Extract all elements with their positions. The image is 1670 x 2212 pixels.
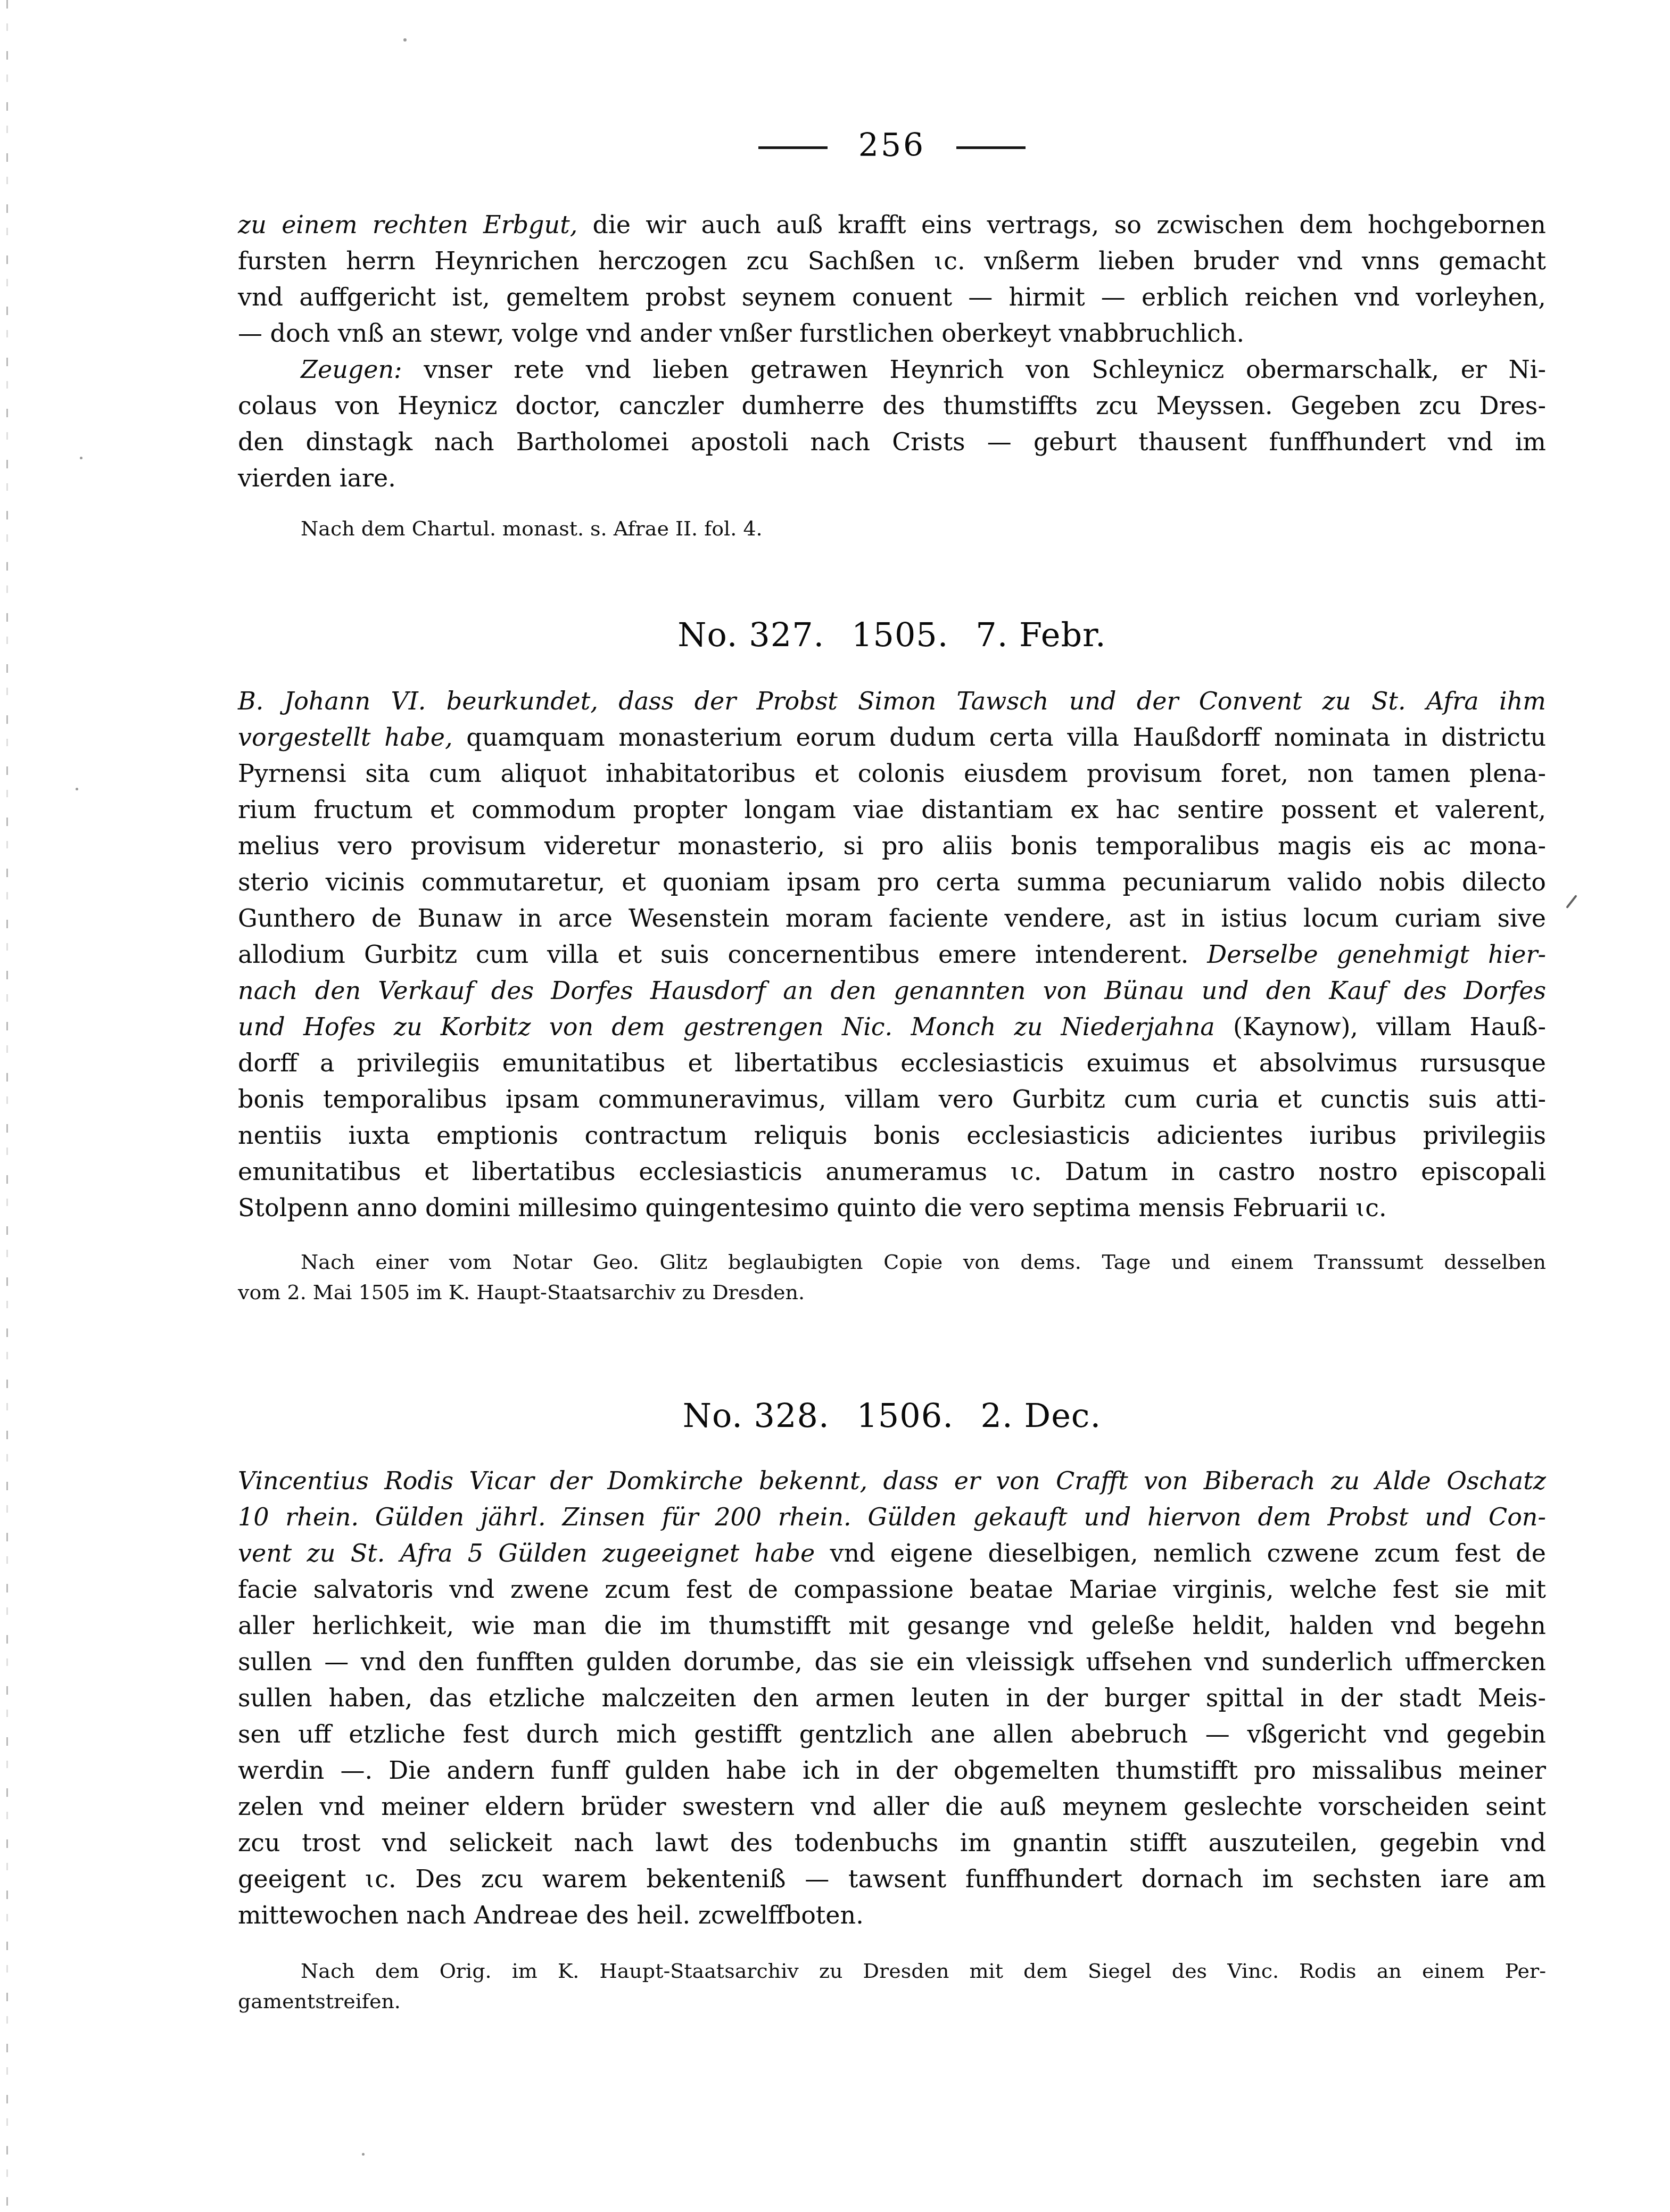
text-line: Nach dem Chartul. monast. s. Afrae II. f… <box>238 514 1546 544</box>
text-segment: (Kaynow), villam Hauß- <box>1233 1012 1546 1041</box>
charter-327-number: No. 327. <box>677 615 824 654</box>
page-number: 256 <box>858 127 926 164</box>
italic-text-segment: Zeugen: <box>301 355 402 384</box>
text-line: bonis temporalibus ipsam communeravimus,… <box>238 1081 1546 1117</box>
text-line: Nach einer vom Notar Geo. Glitz beglaubi… <box>238 1247 1546 1277</box>
text-segment: vnser rete vnd lieben getrawen Heynrich … <box>402 355 1546 384</box>
text-segment: facie salvatoris vnd zwene zcum fest de … <box>238 1575 1546 1604</box>
text-line: 10 rhein. Gülden jährl. Zinsen für 200 r… <box>238 1499 1546 1535</box>
text-line: Pyrnensi sita cum aliquot inhabitatoribu… <box>238 755 1546 791</box>
charter-326-continuation-paragraph: zu einem rechten Erbgut, die wir auch au… <box>238 207 1546 351</box>
ink-speck <box>80 457 82 459</box>
text-segment: vnd eigene dieselbigen, nemlich czwene z… <box>815 1539 1546 1567</box>
text-segment: bonis temporalibus ipsam communeravimus,… <box>238 1085 1546 1113</box>
text-line: colaus von Heynicz doctor, canczler dumh… <box>238 387 1546 424</box>
text-line: mittewochen nach Andreae des heil. zcwel… <box>238 1897 1546 1933</box>
text-segment: Nach einer vom Notar Geo. Glitz beglaubi… <box>301 1250 1546 1274</box>
text-line: emunitatibus et libertatibus ecclesiasti… <box>238 1153 1546 1190</box>
italic-text-segment: zu einem rechten Erbgut, <box>238 210 577 239</box>
text-segment: sullen — vnd den funfften gulden dorumbe… <box>238 1647 1546 1676</box>
italic-text-segment: nach den Verkauf des Dorfes Hausdorf an … <box>238 976 1546 1005</box>
text-line: Gunthero de Bunaw in arce Wesenstein mor… <box>238 900 1546 936</box>
text-segment: aller herlichkeit, wie man die im thumst… <box>238 1611 1546 1640</box>
charter-327-heading: No. 327. 1505. 7. Febr. <box>238 616 1546 654</box>
text-line: werdin —. Die andern funff gulden habe i… <box>238 1752 1546 1788</box>
text-line: zcu trost vnd selickeit nach lawt des to… <box>238 1825 1546 1861</box>
text-segment: Pyrnensi sita cum aliquot inhabitatoribu… <box>238 759 1546 788</box>
text-line: Stolpenn anno domini millesimo quingente… <box>238 1190 1546 1226</box>
charter-328-date: 2. Dec. <box>981 1396 1102 1435</box>
text-segment: vnd auffgericht ist, gemeltem probst sey… <box>238 283 1546 311</box>
text-segment: vom 2. Mai 1505 im K. Haupt-Staatsarchiv… <box>238 1281 805 1304</box>
text-segment: sterio vicinis commutaretur, et quoniam … <box>238 868 1546 896</box>
text-line: vorgestellt habe, quamquam monasterium e… <box>238 719 1546 755</box>
text-line: sullen haben, das etzliche malczeiten de… <box>238 1680 1546 1716</box>
text-line: facie salvatoris vnd zwene zcum fest de … <box>238 1571 1546 1607</box>
text-segment: die wir auch auß krafft eins vertrags, s… <box>577 210 1546 239</box>
text-line: zu einem rechten Erbgut, die wir auch au… <box>238 207 1546 243</box>
text-segment: melius vero provisum videretur monasteri… <box>238 831 1546 860</box>
text-line: aller herlichkeit, wie man die im thumst… <box>238 1607 1546 1644</box>
text-line: und Hofes zu Korbitz von dem gestrengen … <box>238 1009 1546 1045</box>
text-line: vnd auffgericht ist, gemeltem probst sey… <box>238 279 1546 315</box>
ink-speck <box>403 38 407 42</box>
text-line: fursten herrn Heynrichen herczogen zcu S… <box>238 243 1546 279</box>
text-segment: colaus von Heynicz doctor, canczler dumh… <box>238 391 1546 420</box>
text-segment: Gunthero de Bunaw in arce Wesenstein mor… <box>238 904 1546 932</box>
ink-speck <box>76 788 78 790</box>
text-segment: mittewochen nach Andreae des heil. zcwel… <box>238 1901 864 1929</box>
charter-327-date: 7. Febr. <box>975 615 1106 654</box>
text-line: — doch vnß an stewr, volge vnd ander vnß… <box>238 315 1546 351</box>
ink-speck <box>362 2153 365 2156</box>
text-segment: nentiis iuxta emptionis contractum reliq… <box>238 1121 1546 1150</box>
italic-text-segment: Vincentius Rodis Vicar der Domkirche bek… <box>238 1466 1546 1495</box>
text-line: zelen vnd meiner eldern brüder swestern … <box>238 1788 1546 1825</box>
text-segment: den dinstagk nach Bartholomei apostoli n… <box>238 427 1546 456</box>
text-segment: fursten herrn Heynrichen herczogen zcu S… <box>238 246 1546 275</box>
text-line: Nach dem Orig. im K. Haupt-Staatsarchiv … <box>238 1956 1546 1986</box>
text-line: melius vero provisum videretur monasteri… <box>238 828 1546 864</box>
scan-edge-line <box>6 0 8 2212</box>
text-line: sen uff etzliche fest durch mich gestiff… <box>238 1716 1546 1752</box>
charter-327-summary-paragraph: B. Johann VI. beurkundet, dass der Probs… <box>238 683 1546 1226</box>
text-line: vent zu St. Afra 5 Gülden zugeeignet hab… <box>238 1535 1546 1571</box>
italic-text-segment: vorgestellt habe, <box>238 723 453 752</box>
text-segment: emunitatibus et libertatibus ecclesiasti… <box>238 1157 1546 1186</box>
text-segment: Stolpenn anno domini millesimo quingente… <box>238 1193 1387 1222</box>
italic-text-segment: B. Johann VI. beurkundet, dass der Probs… <box>238 687 1546 715</box>
text-segment: sen uff etzliche fest durch mich gestiff… <box>238 1720 1546 1748</box>
header-rule-right <box>956 146 1026 149</box>
source-note-charter-328: Nach dem Orig. im K. Haupt-Staatsarchiv … <box>238 1956 1546 2017</box>
source-note-charter-327: Nach einer vom Notar Geo. Glitz beglaubi… <box>238 1247 1546 1308</box>
text-segment: rium fructum et commodum propter longam … <box>238 795 1546 824</box>
text-segment: quamquam monasterium eorum dudum certa v… <box>453 723 1546 752</box>
italic-text-segment: Derselbe genehmigt hier- <box>1207 940 1546 969</box>
text-line: nentiis iuxta emptionis contractum reliq… <box>238 1117 1546 1153</box>
source-note-charter-326: Nach dem Chartul. monast. s. Afrae II. f… <box>238 514 1546 544</box>
charter-328-text-paragraph: Vincentius Rodis Vicar der Domkirche bek… <box>238 1463 1546 1933</box>
charter-328-year: 1506. <box>856 1396 954 1435</box>
text-segment: zcu trost vnd selickeit nach lawt des to… <box>238 1828 1546 1857</box>
italic-text-segment: vent zu St. Afra 5 Gülden zugeeignet hab… <box>238 1539 815 1567</box>
text-line: gamentstreifen. <box>238 1986 1546 2017</box>
text-line: sullen — vnd den funfften gulden dorumbe… <box>238 1644 1546 1680</box>
text-segment: sullen haben, das etzliche malczeiten de… <box>238 1683 1546 1712</box>
text-segment: geeigent ɩc. Des zcu warem bekenteniß — … <box>238 1864 1546 1893</box>
text-segment: Nach dem Chartul. monast. s. Afrae II. f… <box>301 517 763 540</box>
text-line: dorff a privilegiis emunitatibus et libe… <box>238 1045 1546 1081</box>
charter-327-year: 1505. <box>851 615 949 654</box>
charter-328-heading: No. 328. 1506. 2. Dec. <box>238 1397 1546 1434</box>
margin-mark <box>1566 895 1577 909</box>
text-segment: allodium Gurbitz cum villa et suis conce… <box>238 940 1207 969</box>
text-line: vierden iare. <box>238 460 1546 496</box>
text-segment: werdin —. Die andern funff gulden habe i… <box>238 1756 1546 1785</box>
text-segment: zelen vnd meiner eldern brüder swestern … <box>238 1792 1546 1821</box>
text-segment: vierden iare. <box>238 464 396 492</box>
text-line: Zeugen: vnser rete vnd lieben getrawen H… <box>238 351 1546 387</box>
text-line: B. Johann VI. beurkundet, dass der Probs… <box>238 683 1546 719</box>
text-line: geeigent ɩc. Des zcu warem bekenteniß — … <box>238 1861 1546 1897</box>
text-line: sterio vicinis commutaretur, et quoniam … <box>238 864 1546 900</box>
text-line: den dinstagk nach Bartholomei apostoli n… <box>238 424 1546 460</box>
text-segment: Nach dem Orig. im K. Haupt-Staatsarchiv … <box>301 1959 1546 1983</box>
text-line: vom 2. Mai 1505 im K. Haupt-Staatsarchiv… <box>238 1277 1546 1308</box>
text-line: Vincentius Rodis Vicar der Domkirche bek… <box>238 1463 1546 1499</box>
text-segment: — doch vnß an stewr, volge vnd ander vnß… <box>238 319 1244 348</box>
text-segment: gamentstreifen. <box>238 1990 401 2013</box>
page-header: 256 <box>238 127 1546 164</box>
text-line: allodium Gurbitz cum villa et suis conce… <box>238 936 1546 972</box>
witnesses-paragraph: Zeugen: vnser rete vnd lieben getrawen H… <box>238 351 1546 496</box>
text-line: nach den Verkauf des Dorfes Hausdorf an … <box>238 972 1546 1009</box>
charter-328-number: No. 328. <box>683 1396 830 1435</box>
italic-text-segment: und Hofes zu Korbitz von dem gestrengen … <box>238 1012 1233 1041</box>
text-segment: dorff a privilegiis emunitatibus et libe… <box>238 1049 1546 1077</box>
text-line: rium fructum et commodum propter longam … <box>238 791 1546 828</box>
italic-text-segment: 10 rhein. Gülden jährl. Zinsen für 200 r… <box>238 1503 1546 1531</box>
header-rule-left <box>758 146 828 149</box>
